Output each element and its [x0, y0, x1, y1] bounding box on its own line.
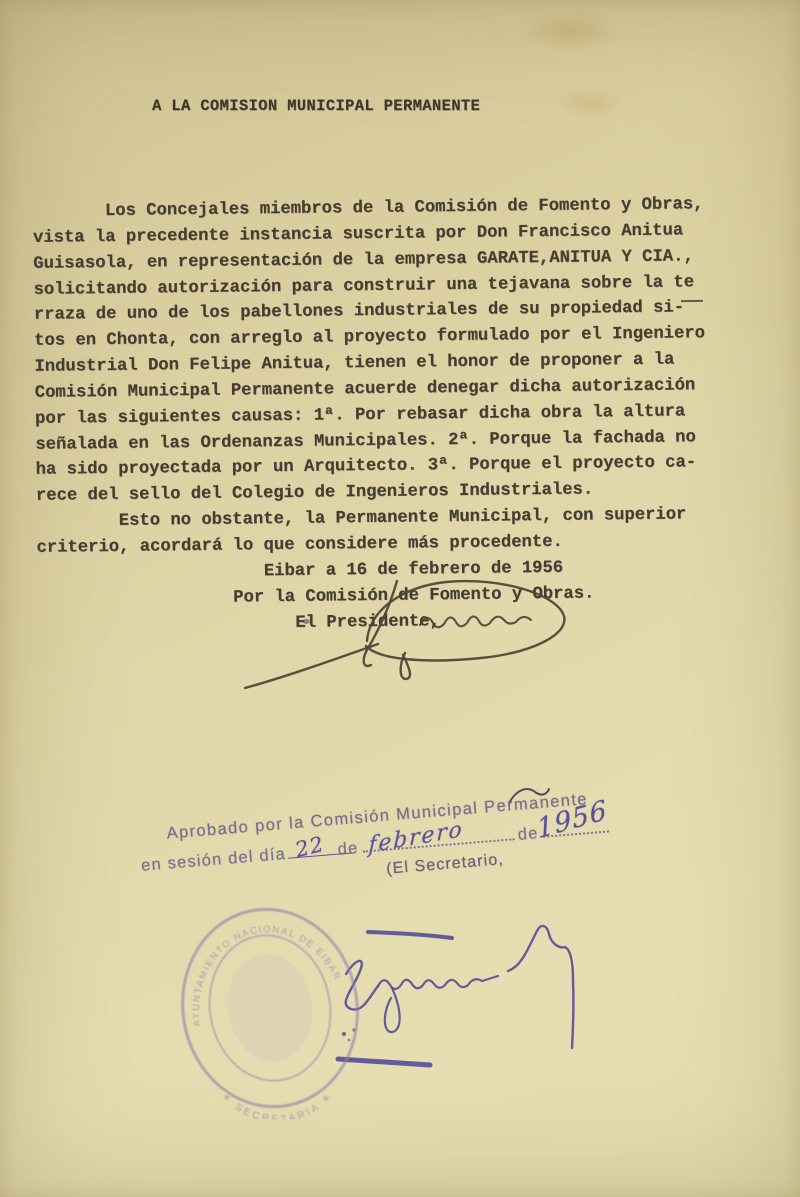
municipal-seal: AYUNTAMIENTO NACIONAL DE EIBAR ✳ SECRETA…: [163, 903, 379, 1119]
stamp-year-blank: 1956: [542, 816, 609, 837]
document-title: A LA COMISION MUNICIPAL PERMANENTE: [152, 97, 480, 115]
president-signature: [230, 565, 590, 710]
paper-stain: [495, 0, 645, 62]
document-page: A LA COMISION MUNICIPAL PERMANENTE Los C…: [0, 0, 800, 1197]
typed-underline: [681, 300, 703, 302]
paper-stain: [540, 78, 640, 128]
stamp-month-blank: febrero: [362, 824, 515, 852]
handwritten-day: 22: [293, 832, 327, 862]
approval-stamp: Aprobado por la Comisión Municipal Perma…: [150, 781, 699, 897]
